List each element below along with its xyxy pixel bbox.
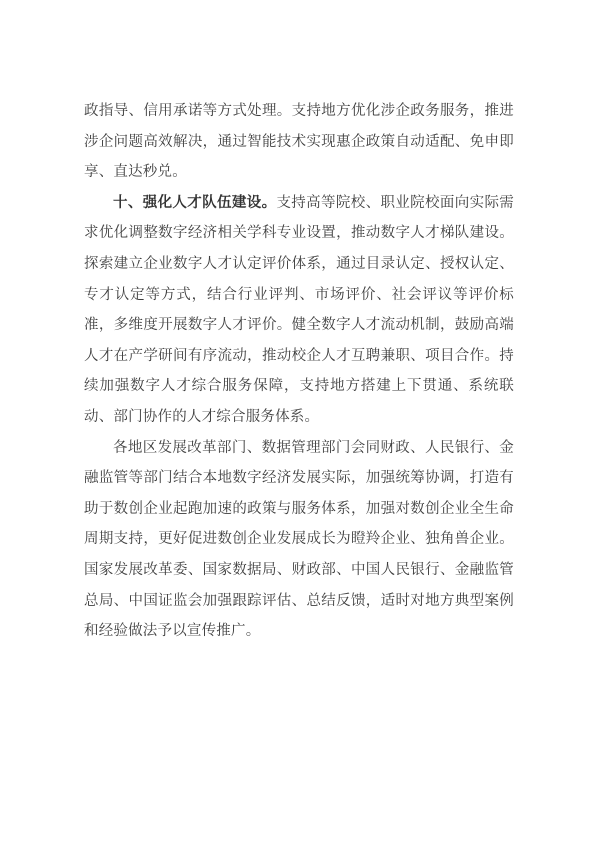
paragraph-continuation: 政指导、信用承诺等方式处理。支持地方优化涉企政务服务，推进涉企问题高效解决，通过… <box>84 96 514 188</box>
paragraph-text: 政指导、信用承诺等方式处理。支持地方优化涉企政务服务，推进涉企问题高效解决，通过… <box>84 103 514 180</box>
section-heading: 十、强化人才队伍建设。 <box>113 195 276 211</box>
document-body: 政指导、信用承诺等方式处理。支持地方优化涉企政务服务，推进涉企问题高效解决，通过… <box>84 96 514 647</box>
paragraph-text: 各地区发展改革部门、数据管理部门会同财政、人民银行、金融监管等部门结合本地数字经… <box>84 440 514 640</box>
paragraph-text: 支持高等院校、职业院校面向实际需求优化调整数字经济相关学科专业设置，推动数字人才… <box>84 195 514 425</box>
paragraph-section-10: 十、强化人才队伍建设。支持高等院校、职业院校面向实际需求优化调整数字经济相关学科… <box>84 188 514 433</box>
paragraph-closing: 各地区发展改革部门、数据管理部门会同财政、人民银行、金融监管等部门结合本地数字经… <box>84 433 514 647</box>
document-page: 政指导、信用承诺等方式处理。支持地方优化涉企政务服务，推进涉企问题高效解决，通过… <box>0 0 595 841</box>
